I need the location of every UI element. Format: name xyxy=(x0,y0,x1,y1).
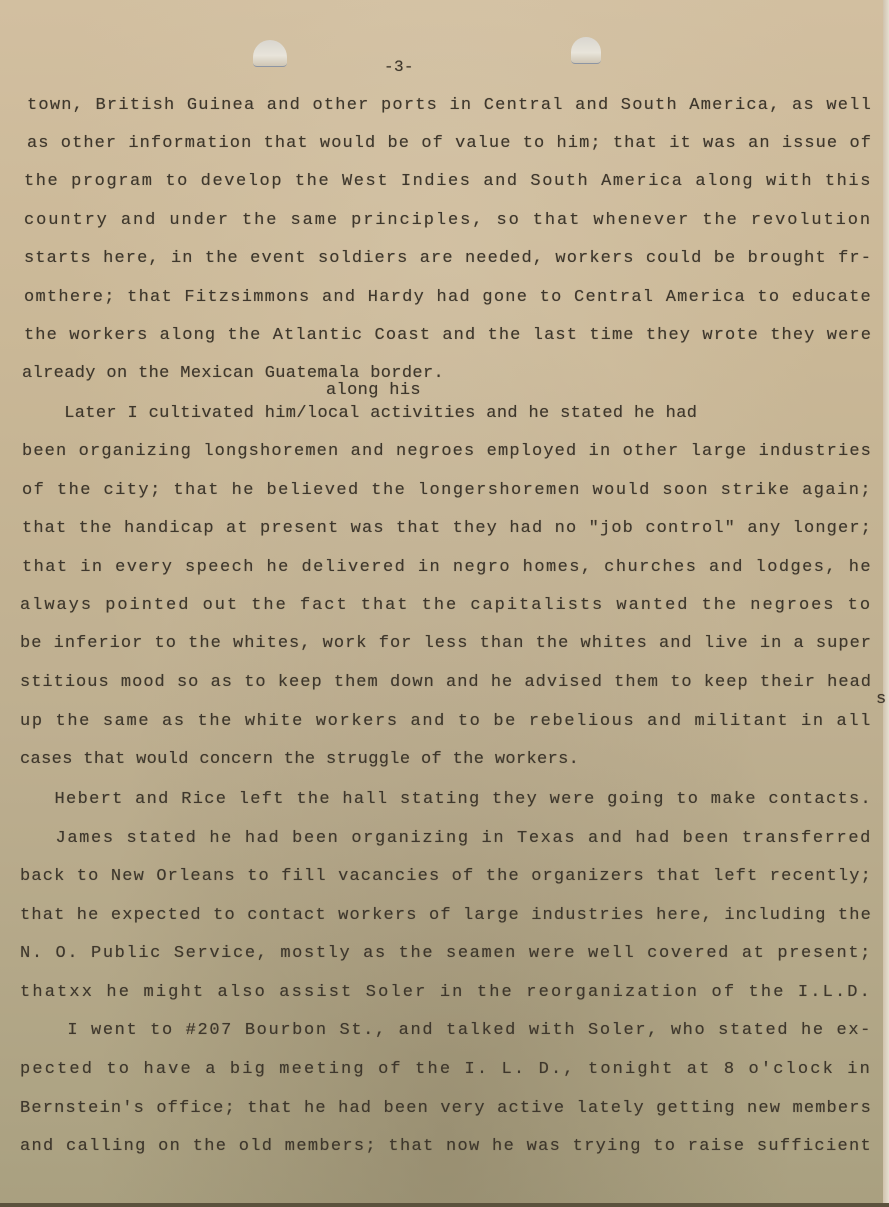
text-line: as other information that would be of va… xyxy=(27,134,872,153)
text-line: up the same as the white workers and to … xyxy=(20,712,872,731)
text-line: country and under the same principles, s… xyxy=(24,211,872,230)
hole-punch-left xyxy=(253,40,287,67)
page-bottom-edge xyxy=(0,1203,889,1207)
text-line: Later I cultivated him/local activities … xyxy=(22,404,697,423)
text-line: Bernstein's office; that he had been ver… xyxy=(20,1099,872,1118)
text-line: the program to develop the West Indies a… xyxy=(24,172,872,191)
page-number: -3- xyxy=(384,58,414,76)
text-line: pected to have a big meeting of the I. L… xyxy=(20,1060,872,1079)
interlinear-insertion: along his xyxy=(326,381,421,400)
text-line: cases that would concern the struggle of… xyxy=(20,750,579,769)
text-line: James stated he had been organizing in T… xyxy=(20,829,872,848)
text-line: starts here, in the event soldiers are n… xyxy=(24,249,872,268)
text-line: I went to #207 Bourbon St., and talked w… xyxy=(20,1021,872,1040)
text-line: already on the Mexican Guatemala border. xyxy=(22,364,444,383)
hole-punch-right xyxy=(571,37,601,64)
text-line: the workers along the Atlantic Coast and… xyxy=(24,326,872,345)
margin-correction: s xyxy=(876,690,887,709)
text-line: omthere; that Fitzsimmons and Hardy had … xyxy=(24,288,872,307)
page-right-edge xyxy=(883,0,889,1207)
text-line: that in every speech he delivered in neg… xyxy=(22,558,872,577)
text-line: that the handicap at present was that th… xyxy=(22,519,872,538)
text-line: Hebert and Rice left the hall stating th… xyxy=(20,790,872,809)
text-line: been organizing longshoremen and negroes… xyxy=(22,442,872,461)
text-line: that he expected to contact workers of l… xyxy=(20,906,872,925)
text-line: thatxx he might also assist Soler in the… xyxy=(20,983,872,1002)
text-line: and calling on the old members; that now… xyxy=(20,1137,872,1156)
text-line: stitious mood so as to keep them down an… xyxy=(20,673,872,692)
text-line: always pointed out the fact that the cap… xyxy=(20,596,872,615)
text-line: town, British Guinea and other ports in … xyxy=(27,96,872,115)
text-line: back to New Orleans to fill vacancies of… xyxy=(20,867,872,886)
document-page: -3- along his s town, British Guinea and… xyxy=(0,0,889,1207)
text-line: of the city; that he believed the longer… xyxy=(22,481,872,500)
text-line: be inferior to the whites, work for less… xyxy=(20,634,872,653)
text-line: N. O. Public Service, mostly as the seam… xyxy=(20,944,872,963)
